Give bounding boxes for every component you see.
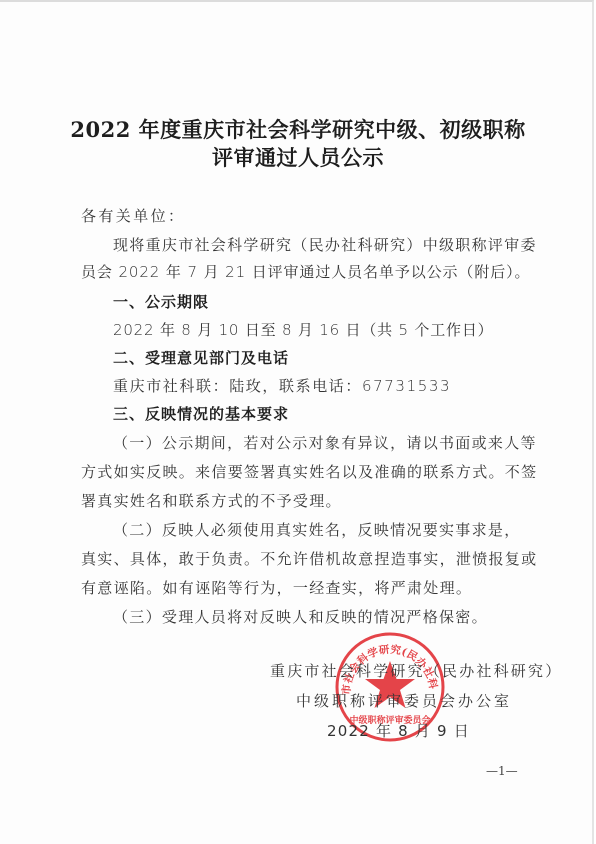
section-1-heading: 一、公示期限 (113, 291, 209, 312)
para-2-line-1: （二）反映人必须使用真实姓名，反映情况要实事求是， (113, 519, 521, 540)
intro-line-2: 员会 2022 年 7 月 21 日评审通过人员名单予以公示（附后）。 (81, 261, 530, 282)
para-2-line-3: 有意诬陷。如有诬陷等行为，一经查实，将严肃处理。 (81, 577, 472, 598)
document-title-line2: 评审通过人员公示 (0, 142, 596, 172)
salutation: 各有关单位： (81, 205, 185, 226)
para-2-line-2: 真实、具体，敢于负责。不允许借机故意捏造事实，泄愤报复或 (81, 548, 537, 569)
para-1-line-2: 方式如实反映。来信要签署真实姓名以及准确的联系方式。不签 (81, 461, 537, 482)
section-3-heading: 三、反映情况的基本要求 (113, 403, 289, 424)
signature-org-line-1: 重庆市社会科学研究（民办社科研究） (270, 660, 562, 681)
para-1-line-3: 署真实姓名和联系方式的不予受理。 (81, 490, 342, 511)
signature-date: 2022 年 8 月 9 日 (327, 720, 470, 741)
para-1-line-1: （一）公示期间，若对公示对象有异议，请以书面或来人等 (113, 432, 537, 453)
section-1-text: 2022 年 8 月 10 日至 8 月 16 日（共 5 个工作日） (113, 319, 493, 340)
document-page: 2022 年度重庆市社会科学研究中级、初级职称 评审通过人员公示 各有关单位： … (0, 0, 594, 844)
intro-line-1: 现将重庆市社会科学研究（民办社科研究）中级职称评审委 (113, 234, 537, 255)
para-3-line-1: （三）受理人员将对反映人和反映的情况严格保密。 (113, 606, 488, 627)
section-2-text: 重庆市社科联：陆玫，联系电话：67731533 (113, 375, 451, 396)
page-number: —1— (486, 764, 518, 778)
document-title-line1: 2022 年度重庆市社会科学研究中级、初级职称 (0, 114, 596, 144)
signature-org-line-2: 中级职称评审委员会办公室 (296, 690, 512, 711)
section-2-heading: 二、受理意见部门及电话 (113, 347, 289, 368)
